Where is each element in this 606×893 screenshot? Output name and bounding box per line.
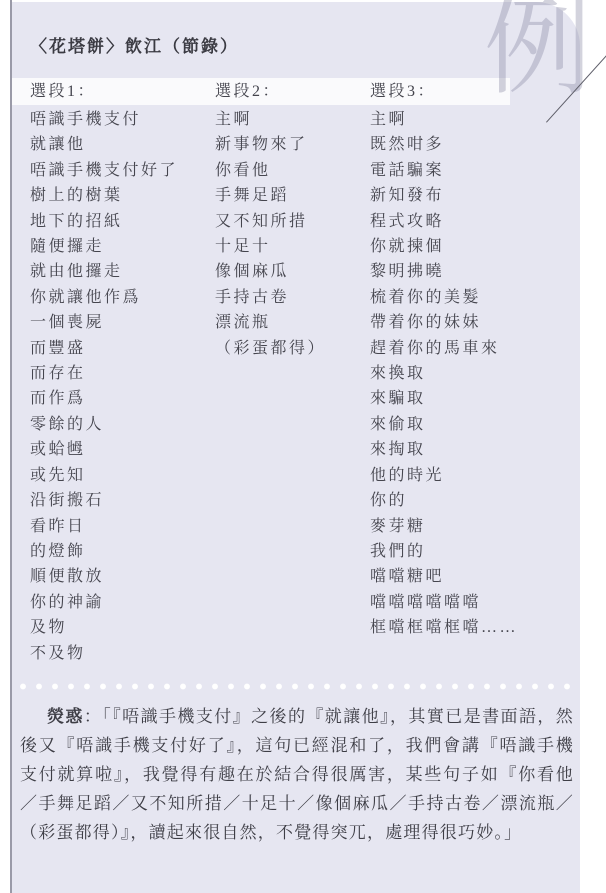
poem-line: 唔識手機支付 <box>30 107 178 132</box>
poem-line: 唔識手機支付好了 <box>30 158 178 183</box>
poem-line: 就讓他 <box>30 132 178 157</box>
commentary-paragraph: 熒惑：「『唔識手機支付』之後的『就讓他』，其實已是書面語，然後又『唔識手機支付好… <box>20 702 574 847</box>
poem-line: 或蛤乸 <box>30 437 178 462</box>
poem-line: 你就讓他作爲 <box>30 285 178 310</box>
poem-line: 順便散放 <box>30 564 178 589</box>
column-2-header: 選段2： <box>215 78 326 105</box>
poem-line: 及物 <box>30 615 178 640</box>
poem-line: 一個喪屍 <box>30 310 178 335</box>
poem-line: 隨便攞走 <box>30 234 178 259</box>
column-3-header: 選段3： <box>370 78 518 105</box>
commentary-text: 「『唔識手機支付』之後的『就讓他』，其實已是書面語，然後又『唔識手機支付好了』，… <box>20 707 574 842</box>
poem-line: 樹上的樹葉 <box>30 183 178 208</box>
poem-column-3: 選段3： 主啊既然咁多電話騙案新知發布程式攻略你就揀個黎明拂曉梳着你的美髮帶着你… <box>370 78 518 641</box>
poem-line: 梳着你的美髮 <box>370 285 518 310</box>
poem-line: 電話騙案 <box>370 158 518 183</box>
poem-line: 你看他 <box>215 158 326 183</box>
poem-line: 噹噹糖吧 <box>370 564 518 589</box>
poem-line: 來騙取 <box>370 386 518 411</box>
poem-line: 就由他攞走 <box>30 259 178 284</box>
column-1-lines: 唔識手機支付就讓他唔識手機支付好了樹上的樹葉地下的招紙隨便攞走就由他攞走你就讓他… <box>30 107 178 666</box>
page: 〈花塔餅〉飲江（節錄） 選段1： 唔識手機支付就讓他唔識手機支付好了樹上的樹葉地… <box>0 0 606 893</box>
poem-line: 我們的 <box>370 539 518 564</box>
excerpt-panel: 〈花塔餅〉飲江（節錄） 選段1： 唔識手機支付就讓他唔識手機支付好了樹上的樹葉地… <box>12 2 580 893</box>
poem-line: 新知發布 <box>370 183 518 208</box>
poem-line: 不及物 <box>30 641 178 666</box>
poem-line: 主啊 <box>215 107 326 132</box>
poem-line: 黎明拂曉 <box>370 259 518 284</box>
poem-line: 而作爲 <box>30 386 178 411</box>
poem-line: 麥芽糖 <box>370 514 518 539</box>
poem-line: 程式攻略 <box>370 209 518 234</box>
poem-line: 十足十 <box>215 234 326 259</box>
poem-line: 既然咁多 <box>370 132 518 157</box>
poem-line: 地下的招紙 <box>30 209 178 234</box>
poem-line: 又不知所措 <box>215 209 326 234</box>
poem-line: 你的 <box>370 488 518 513</box>
poem-title: 〈花塔餅〉飲江（節錄） <box>30 32 239 57</box>
poem-line: 框噹框噹框噹…… <box>370 615 518 640</box>
poem-line: 你就揀個 <box>370 234 518 259</box>
poem-line: 你的神諭 <box>30 590 178 615</box>
poem-line: 或先知 <box>30 463 178 488</box>
column-3-lines: 主啊既然咁多電話騙案新知發布程式攻略你就揀個黎明拂曉梳着你的美髮帶着你的妹妹趕着… <box>370 107 518 641</box>
poem-line: 而豐盛 <box>30 336 178 361</box>
poem-line: 沿街搬石 <box>30 488 178 513</box>
poem-column-1: 選段1： 唔識手機支付就讓他唔識手機支付好了樹上的樹葉地下的招紙隨便攞走就由他攞… <box>30 78 178 666</box>
poem-line: 主啊 <box>370 107 518 132</box>
commentary-speaker: 熒惑 <box>47 707 84 726</box>
poem-line: 零餘的人 <box>30 412 178 437</box>
poem-line: （彩蛋都得） <box>215 336 326 361</box>
poem-column-2: 選段2： 主啊新事物來了你看他手舞足蹈又不知所措十足十像個麻瓜手持古卷漂流瓶（彩… <box>215 78 326 361</box>
poem-line: 來偷取 <box>370 412 518 437</box>
poem-line: 來換取 <box>370 361 518 386</box>
poem-line: 新事物來了 <box>215 132 326 157</box>
poem-line: 他的時光 <box>370 463 518 488</box>
poem-line: 像個麻瓜 <box>215 259 326 284</box>
column-1-header: 選段1： <box>30 78 178 105</box>
poem-line: 而存在 <box>30 361 178 386</box>
poem-line: 趕着你的馬車來 <box>370 336 518 361</box>
poem-line: 手舞足蹈 <box>215 183 326 208</box>
poem-line: 帶着你的妹妹 <box>370 310 518 335</box>
poem-line: 的燈飾 <box>30 539 178 564</box>
poem-line: 噹噹噹噹噹噹 <box>370 590 518 615</box>
dotted-separator <box>20 683 576 690</box>
poem-line: 看昨日 <box>30 514 178 539</box>
poem-line: 漂流瓶 <box>215 310 326 335</box>
poem-line: 來掏取 <box>370 437 518 462</box>
column-2-lines: 主啊新事物來了你看他手舞足蹈又不知所措十足十像個麻瓜手持古卷漂流瓶（彩蛋都得） <box>215 107 326 361</box>
poem-line: 手持古卷 <box>215 285 326 310</box>
commentary-colon: ： <box>84 707 102 726</box>
